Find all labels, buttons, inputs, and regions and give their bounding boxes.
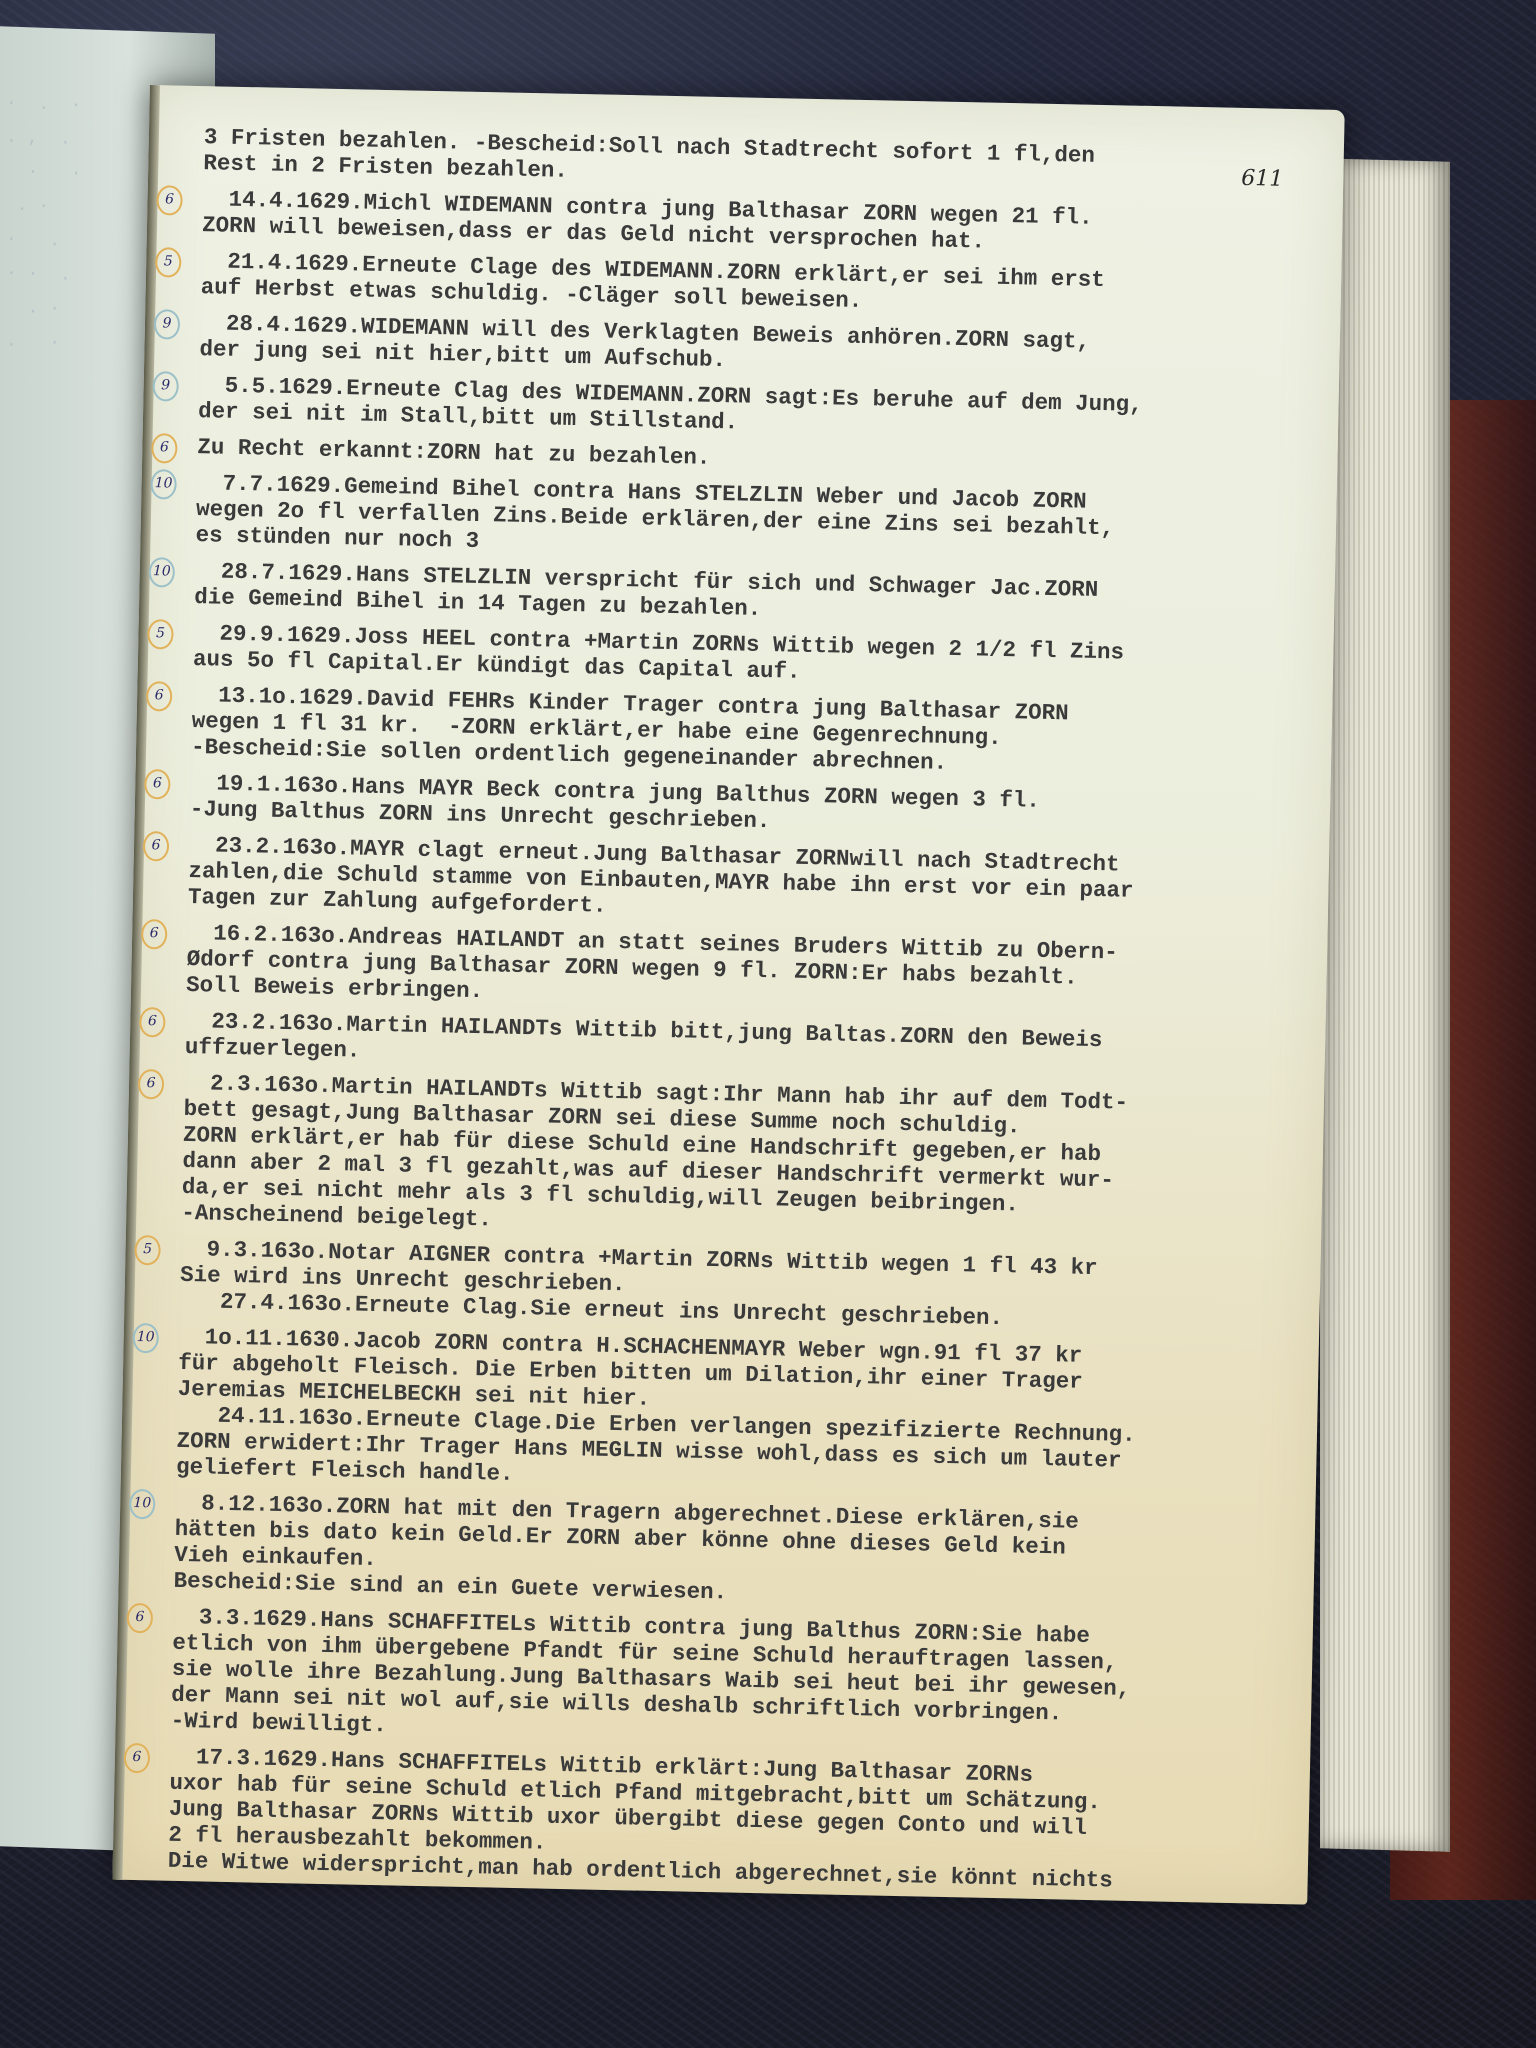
ledger-entry: 614.4.1629.Michl WIDEMANN contra jung Ba… — [202, 186, 1263, 260]
ledger-entry: 623.2.163o.MAYR clagt erneut.Jung Baltha… — [188, 832, 1249, 932]
ledger-entry: 62.3.163o.Martin HAILANDTs Wittib sagt:I… — [181, 1070, 1244, 1248]
ledger-entry: 1028.7.1629.Hans STELZLIN verspricht für… — [194, 558, 1255, 632]
ledger-entry: 617.3.1629.Hans SCHAFFITELs Wittib erklä… — [168, 1744, 1230, 1896]
margin-number: 6 — [127, 1603, 154, 1634]
margin-number: 6 — [151, 433, 178, 464]
ledger-entry: 95.5.1629.Erneute Clag des WIDEMANN.ZORN… — [198, 372, 1259, 446]
ledger-entry: 616.2.163o.Andreas HAILANDT an statt sei… — [186, 920, 1247, 1020]
right-page: 611 3 Fristen bezahlen. -Bescheid:Soll n… — [112, 85, 1344, 1905]
ledger-entry: 107.7.1629.Gemeind Bihel contra Hans STE… — [195, 470, 1256, 570]
ledger-entry: 928.4.1629.WIDEMANN will des Verklagten … — [199, 310, 1260, 384]
margin-number: 6 — [144, 769, 171, 800]
ledger-entry: 613.1o.1629.David FEHRs Kinder Trager co… — [191, 682, 1252, 782]
margin-number: 5 — [155, 247, 182, 278]
page-edges — [1320, 158, 1450, 1851]
margin-number: 10 — [150, 469, 177, 500]
margin-number: 6 — [156, 185, 183, 216]
ledger-entry: 59.3.163o.Notar AIGNER contra +Martin ZO… — [179, 1236, 1240, 1336]
typed-text: 3 Fristen bezahlen. -Bescheid:Soll nach … — [167, 124, 1264, 1906]
ledger-entry: 521.4.1629.Erneute Clage des WIDEMANN.ZO… — [201, 248, 1262, 322]
margin-number: 10 — [132, 1323, 159, 1354]
ledger-entry: 623.2.163o.Martin HAILANDTs Wittib bitt,… — [185, 1008, 1246, 1082]
ledger-entry: 619.1.163o.Hans MAYR Beck contra jung Ba… — [190, 770, 1251, 844]
margin-number: 6 — [124, 1743, 151, 1774]
ledger-entry: 108.12.163o.ZORN hat mit den Tragern abg… — [173, 1490, 1235, 1616]
margin-number: 9 — [154, 309, 181, 340]
ledger-entry: 63.3.1629.Hans SCHAFFITELs Wittib contra… — [170, 1604, 1232, 1756]
margin-number: 6 — [139, 1007, 166, 1038]
ledger-entry: 529.9.1629.Joss HEEL contra +Martin ZORN… — [193, 620, 1254, 694]
margin-number: 6 — [138, 1069, 165, 1100]
margin-number: 10 — [148, 557, 175, 588]
margin-number: 6 — [143, 831, 170, 862]
margin-number: 6 — [141, 919, 168, 950]
margin-number: 5 — [134, 1235, 161, 1266]
margin-number: 9 — [152, 371, 179, 402]
margin-number: 5 — [147, 619, 174, 650]
ledger-entry: 3 Fristen bezahlen. -Bescheid:Soll nach … — [203, 124, 1264, 198]
ledger-entry: 101o.11.1630.Jacob ZORN contra H.SCHACHE… — [176, 1324, 1239, 1502]
margin-number: 6 — [146, 681, 173, 712]
margin-number: 10 — [129, 1489, 156, 1520]
